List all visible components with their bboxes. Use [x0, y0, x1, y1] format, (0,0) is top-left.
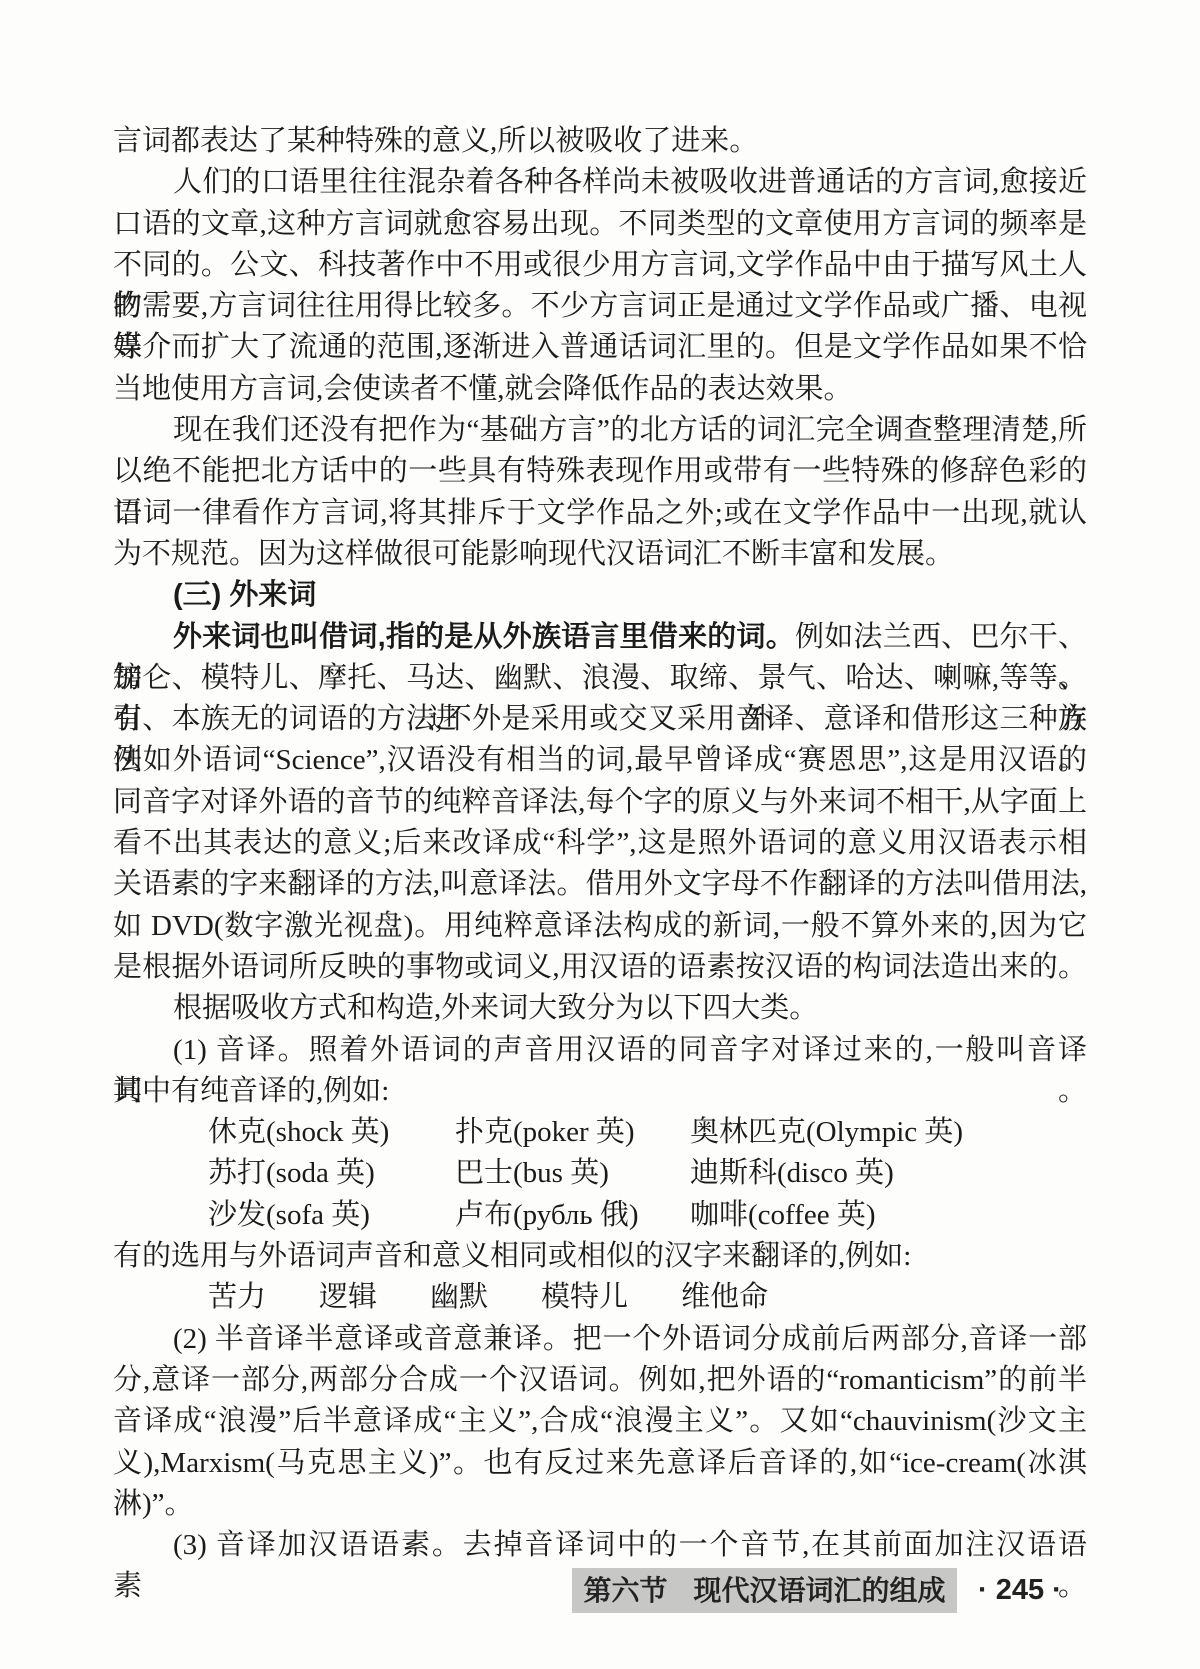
loanword-example-row: 沙发(sofa 英) 卢布(рубль 俄) 咖啡(coffee 英): [113, 1195, 1087, 1236]
section-heading-wailaici: (三) 外来词: [113, 575, 1087, 616]
loanword-example: 卢布(рубль 俄): [455, 1195, 690, 1236]
text-line: 关语素的字来翻译的方法,叫意译法。借用外文字母不作翻译的方法叫借用法,: [113, 864, 1087, 905]
footer-section-bar: 第六节 现代汉语词汇的组成: [572, 1568, 957, 1613]
text-line: 淋)”。: [113, 1484, 1087, 1525]
loanword-word: 模特儿: [541, 1277, 628, 1318]
loanword-example: 咖啡(coffee 英): [690, 1195, 1087, 1236]
text-line: 有的选用与外语词声音和意义相同或相似的汉字来翻译的,例如:: [113, 1236, 1087, 1277]
text-line: 为不规范。因为这样做很可能影响现代汉语词汇不断丰富和发展。: [113, 534, 1087, 575]
text-line: 不同的。公文、科技著作中不用或很少用方言词,文学作品中由于描写风土人物: [113, 245, 1087, 286]
text-line: 例如外语词“Science”,汉语没有相当的词,最早曾译成“赛恩思”,这是用汉语…: [113, 740, 1087, 781]
text-line: 当地使用方言词,会使读者不懂,就会降低作品的表达效果。: [113, 369, 1087, 410]
page-text: 言词都表达了某种特殊的意义,所以被吸收了进来。 人们的口语里往往混杂着各种各样尚…: [113, 121, 1087, 1566]
book-page: 言词都表达了某种特殊的意义,所以被吸收了进来。 人们的口语里往往混杂着各种各样尚…: [0, 0, 1200, 1669]
loanword-word: 幽默: [430, 1277, 488, 1318]
text-line: 是根据外语词所反映的事物或词义,用汉语的语素按汉语的构词法造出来的。: [113, 947, 1087, 988]
loanword-example: 休克(shock 英): [208, 1112, 455, 1153]
loanword-example: 沙发(sofa 英): [208, 1195, 455, 1236]
loanword-example: 巴士(bus 英): [455, 1153, 690, 1194]
text-line: 外来词也叫借词,指的是从外族语言里借来的词。例如法兰西、巴尔干、镑、: [113, 617, 1087, 658]
text-line: 根据吸收方式和构造,外来词大致分为以下四大类。: [113, 988, 1087, 1029]
text-line: 如 DVD(数字激光视盘)。用纯粹意译法构成的新词,一般不算外来的,因为它: [113, 906, 1087, 947]
text-line: 看不出其表达的意义;后来改译成“科学”,这是照外语词的意义用汉语表示相: [113, 823, 1087, 864]
loanword-example: 苏打(soda 英): [208, 1153, 455, 1194]
text-line: 现在我们还没有把作为“基础方言”的北方话的词汇完全调查整理清楚,所: [113, 410, 1087, 451]
loanword-word: 维他命: [681, 1277, 768, 1318]
footer-section-title: 现代汉语词汇的组成: [694, 1568, 946, 1613]
text-line: 同音字对译外语的音节的纯粹音译法,每个字的原义与外来词不相干,从字面上: [113, 782, 1087, 823]
loanword-word-row: 苦力 逻辑 幽默 模特儿 维他命: [113, 1277, 1087, 1318]
text-line: 义),Marxism(马克思主义)”。也有反过来先意译后音译的,如“ice-cr…: [113, 1443, 1087, 1484]
loanword-word: 逻辑: [319, 1277, 377, 1318]
loanword-word: 苦力: [208, 1277, 266, 1318]
loanword-example: 迪斯科(disco 英): [690, 1153, 1087, 1194]
text-line: (3) 音译加汉语语素。去掉音译词中的一个音节,在其前面加注汉语语素。: [113, 1525, 1087, 1566]
text-line: 语词一律看作方言词,将其排斥于文学作品之外;或在文学作品中一出现,就认: [113, 493, 1087, 534]
loanword-example: 扑克(poker 英): [455, 1112, 690, 1153]
text-line: 口语的文章,这种方言词就愈容易出现。不同类型的文章使用方言词的频率是: [113, 204, 1087, 245]
text-line: 言词都表达了某种特殊的意义,所以被吸收了进来。: [113, 121, 1087, 162]
loanword-example-row: 休克(shock 英) 扑克(poker 英) 奥林匹克(Olympic 英): [113, 1112, 1087, 1153]
loanword-example-row: 苏打(soda 英) 巴士(bus 英) 迪斯科(disco 英): [113, 1153, 1087, 1194]
text-line: 以绝不能把北方话中的一些具有特殊表现作用或带有一些特殊的修辞色彩的口: [113, 451, 1087, 492]
text-line: 分,意译一部分,两部分合成一个汉语词。例如,把外语的“romanticism”的…: [113, 1360, 1087, 1401]
text-line: 人们的口语里往往混杂着各种各样尚未被吸收进普通话的方言词,愈接近: [113, 162, 1087, 203]
footer-section-label: 第六节: [583, 1568, 667, 1613]
text-line: 加仑、模特儿、摩托、马达、幽默、浪漫、取缔、景气、哈达、喇嘛,等等。引进外族: [113, 658, 1087, 699]
text-line: 有、本族无的词语的方法,不外是采用或交叉采用音译、意译和借形这三种方法。: [113, 699, 1087, 740]
bold-lead-sentence: 外来词也叫借词,指的是从外族语言里借来的词。: [173, 621, 795, 653]
page-footer: 第六节 现代汉语词汇的组成 · 245 ·: [0, 1568, 1200, 1614]
text-line: (2) 半音译半意译或音意兼译。把一个外语词分成前后两部分,音译一部: [113, 1319, 1087, 1360]
text-line: (1) 音译。照着外语词的声音用汉语的同音字对译过来的,一般叫音译词。: [113, 1030, 1087, 1071]
loanword-example: 奥林匹克(Olympic 英): [690, 1112, 1087, 1153]
footer-page-number: · 245 ·: [978, 1568, 1062, 1613]
text-line: 的需要,方言词往往用得比较多。不少方言词正是通过文学作品或广播、电视等: [113, 286, 1087, 327]
text-line: 媒介而扩大了流通的范围,逐渐进入普通话词汇里的。但是文学作品如果不恰: [113, 327, 1087, 368]
text-line: 音译成“浪漫”后半意译成“主义”,合成“浪漫主义”。又如“chauvinism(…: [113, 1401, 1087, 1442]
